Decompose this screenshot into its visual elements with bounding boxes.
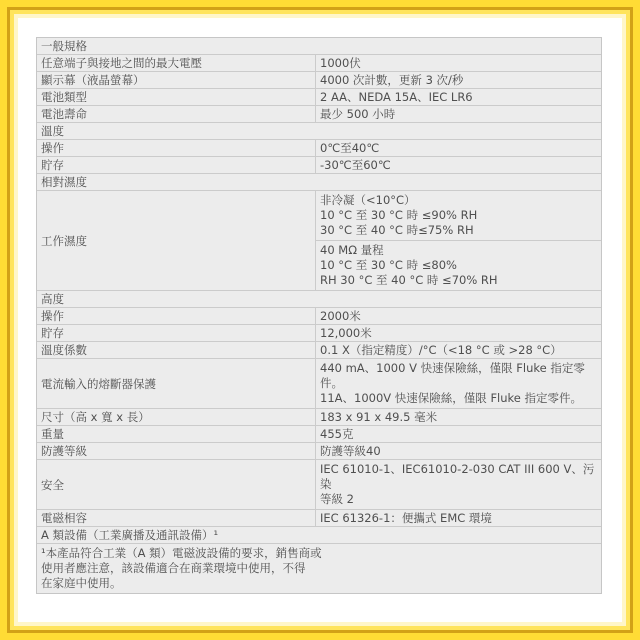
spec-row-operating-temp: 操作 0℃至40℃ — [37, 140, 601, 157]
spec-value: 0℃至40℃ — [316, 140, 601, 156]
humidity-line: 10 °C 至 30 °C 時 ≤90% RH — [320, 208, 597, 223]
humidity-value-cell: 非冷凝（<10°C） 10 °C 至 30 °C 時 ≤90% RH 30 °C… — [316, 191, 601, 290]
section-row-relative-humidity: 相對濕度 — [37, 174, 601, 191]
spec-value-line: 11A、1000V 快速保險絲，僅限 Fluke 指定零件。 — [320, 391, 597, 406]
spec-label: 操作 — [37, 140, 316, 156]
spec-value: -30℃至60℃ — [316, 157, 601, 173]
spec-value: 1000伏 — [316, 55, 601, 71]
spec-label: 安全 — [37, 460, 316, 509]
spec-row-weight: 重量 455克 — [37, 426, 601, 443]
spec-label: 電流輸入的熔斷器保護 — [37, 359, 316, 408]
section-row-altitude: 高度 — [37, 291, 601, 308]
spec-table: 一般規格 任意端子與接地之間的最大電壓 1000伏 顯示幕（液晶螢幕） 4000… — [36, 37, 602, 594]
spec-row-operating-altitude: 操作 2000米 — [37, 308, 601, 325]
spec-label: 電池壽命 — [37, 106, 316, 122]
footnote-line: 在家庭中使用。 — [41, 576, 597, 591]
spec-label: 防護等級 — [37, 443, 316, 459]
full-row-label: A 類設備（工業廣播及通訊設備）¹ — [37, 527, 601, 543]
spec-value: 12,000米 — [316, 325, 601, 341]
spec-value: 防護等級40 — [316, 443, 601, 459]
spec-row-fuse-protection: 電流輸入的熔斷器保護 440 mA、1000 V 快速保險絲，僅限 Fluke … — [37, 359, 601, 409]
humidity-line: RH 30 °C 至 40 °C 時 ≤70% RH — [320, 273, 597, 288]
spec-row-operating-humidity: 工作濕度 非冷凝（<10°C） 10 °C 至 30 °C 時 ≤90% RH … — [37, 191, 601, 291]
spec-row-emc: 電磁相容 IEC 61326-1：便攜式 EMC 環境 — [37, 510, 601, 527]
humidity-line: 非冷凝（<10°C） — [320, 193, 597, 208]
spec-row-battery-life: 電池壽命 最少 500 小時 — [37, 106, 601, 123]
spec-value: 4000 次計數，更新 3 次/秒 — [316, 72, 601, 88]
spec-value: 183 x 91 x 49.5 毫米 — [316, 409, 601, 425]
section-label: 相對濕度 — [37, 174, 601, 190]
spec-label: 顯示幕（液晶螢幕） — [37, 72, 316, 88]
spec-value: 2 AA、NEDA 15A、IEC LR6 — [316, 89, 601, 105]
spec-row-storage-altitude: 貯存 12,000米 — [37, 325, 601, 342]
spec-value: 0.1 X（指定精度）/°C（<18 °C 或 >28 °C） — [316, 342, 601, 358]
footnote-line: 使用者應注意，該設備適合在商業環境中使用，不得 — [41, 561, 597, 576]
spec-value: 最少 500 小時 — [316, 106, 601, 122]
humidity-line: 10 °C 至 30 °C 時 ≤80% — [320, 258, 597, 273]
spec-row-max-voltage: 任意端子與接地之間的最大電壓 1000伏 — [37, 55, 601, 72]
section-label: 溫度 — [37, 123, 601, 139]
spec-row-battery-type: 電池類型 2 AA、NEDA 15A、IEC LR6 — [37, 89, 601, 106]
spec-label: 電磁相容 — [37, 510, 316, 526]
spec-label: 重量 — [37, 426, 316, 442]
spec-label: 任意端子與接地之間的最大電壓 — [37, 55, 316, 71]
spec-label: 溫度係數 — [37, 342, 316, 358]
spec-row-storage-temp: 貯存 -30℃至60℃ — [37, 157, 601, 174]
spec-label: 操作 — [37, 308, 316, 324]
full-row-class-a-equipment: A 類設備（工業廣播及通訊設備）¹ — [37, 527, 601, 544]
spec-row-size: 尺寸（高 x 寬 x 長） 183 x 91 x 49.5 毫米 — [37, 409, 601, 426]
footnote-line: ¹本產品符合工業（A 類）電磁波設備的要求，銷售商或 — [41, 546, 597, 561]
spec-value: 455克 — [316, 426, 601, 442]
humidity-block-40mohm: 40 MΩ 量程 10 °C 至 30 °C 時 ≤80% RH 30 °C 至… — [316, 241, 601, 290]
section-label: 一般規格 — [37, 38, 601, 54]
section-row-general-specs: 一般規格 — [37, 38, 601, 55]
spec-label: 尺寸（高 x 寬 x 長） — [37, 409, 316, 425]
footnote-row: ¹本產品符合工業（A 類）電磁波設備的要求，銷售商或 使用者應注意，該設備適合在… — [37, 544, 601, 593]
spec-row-temp-coefficient: 溫度係數 0.1 X（指定精度）/°C（<18 °C 或 >28 °C） — [37, 342, 601, 359]
humidity-line: 30 °C 至 40 °C 時≤75% RH — [320, 223, 597, 238]
spec-value-multiline: IEC 61010-1、IEC61010-2-030 CAT III 600 V… — [316, 460, 601, 509]
spec-value: IEC 61326-1：便攜式 EMC 環境 — [316, 510, 601, 526]
spec-row-display: 顯示幕（液晶螢幕） 4000 次計數，更新 3 次/秒 — [37, 72, 601, 89]
spec-label: 電池類型 — [37, 89, 316, 105]
spec-label: 貯存 — [37, 157, 316, 173]
spec-label: 貯存 — [37, 325, 316, 341]
section-label: 高度 — [37, 291, 601, 307]
humidity-line: 40 MΩ 量程 — [320, 243, 597, 258]
spec-label: 工作濕度 — [37, 191, 316, 290]
section-row-temperature: 溫度 — [37, 123, 601, 140]
footnote-text: ¹本產品符合工業（A 類）電磁波設備的要求，銷售商或 使用者應注意，該設備適合在… — [37, 544, 601, 593]
spec-row-safety: 安全 IEC 61010-1、IEC61010-2-030 CAT III 60… — [37, 460, 601, 510]
humidity-block-general: 非冷凝（<10°C） 10 °C 至 30 °C 時 ≤90% RH 30 °C… — [316, 191, 601, 241]
spec-value: 2000米 — [316, 308, 601, 324]
spec-value-line: 440 mA、1000 V 快速保險絲，僅限 Fluke 指定零件。 — [320, 361, 597, 391]
spec-row-protection-rating: 防護等級 防護等級40 — [37, 443, 601, 460]
spec-value-multiline: 440 mA、1000 V 快速保險絲，僅限 Fluke 指定零件。 11A、1… — [316, 359, 601, 408]
spec-value-line: IEC 61010-1、IEC61010-2-030 CAT III 600 V… — [320, 462, 597, 492]
spec-value-line: 等級 2 — [320, 492, 597, 507]
